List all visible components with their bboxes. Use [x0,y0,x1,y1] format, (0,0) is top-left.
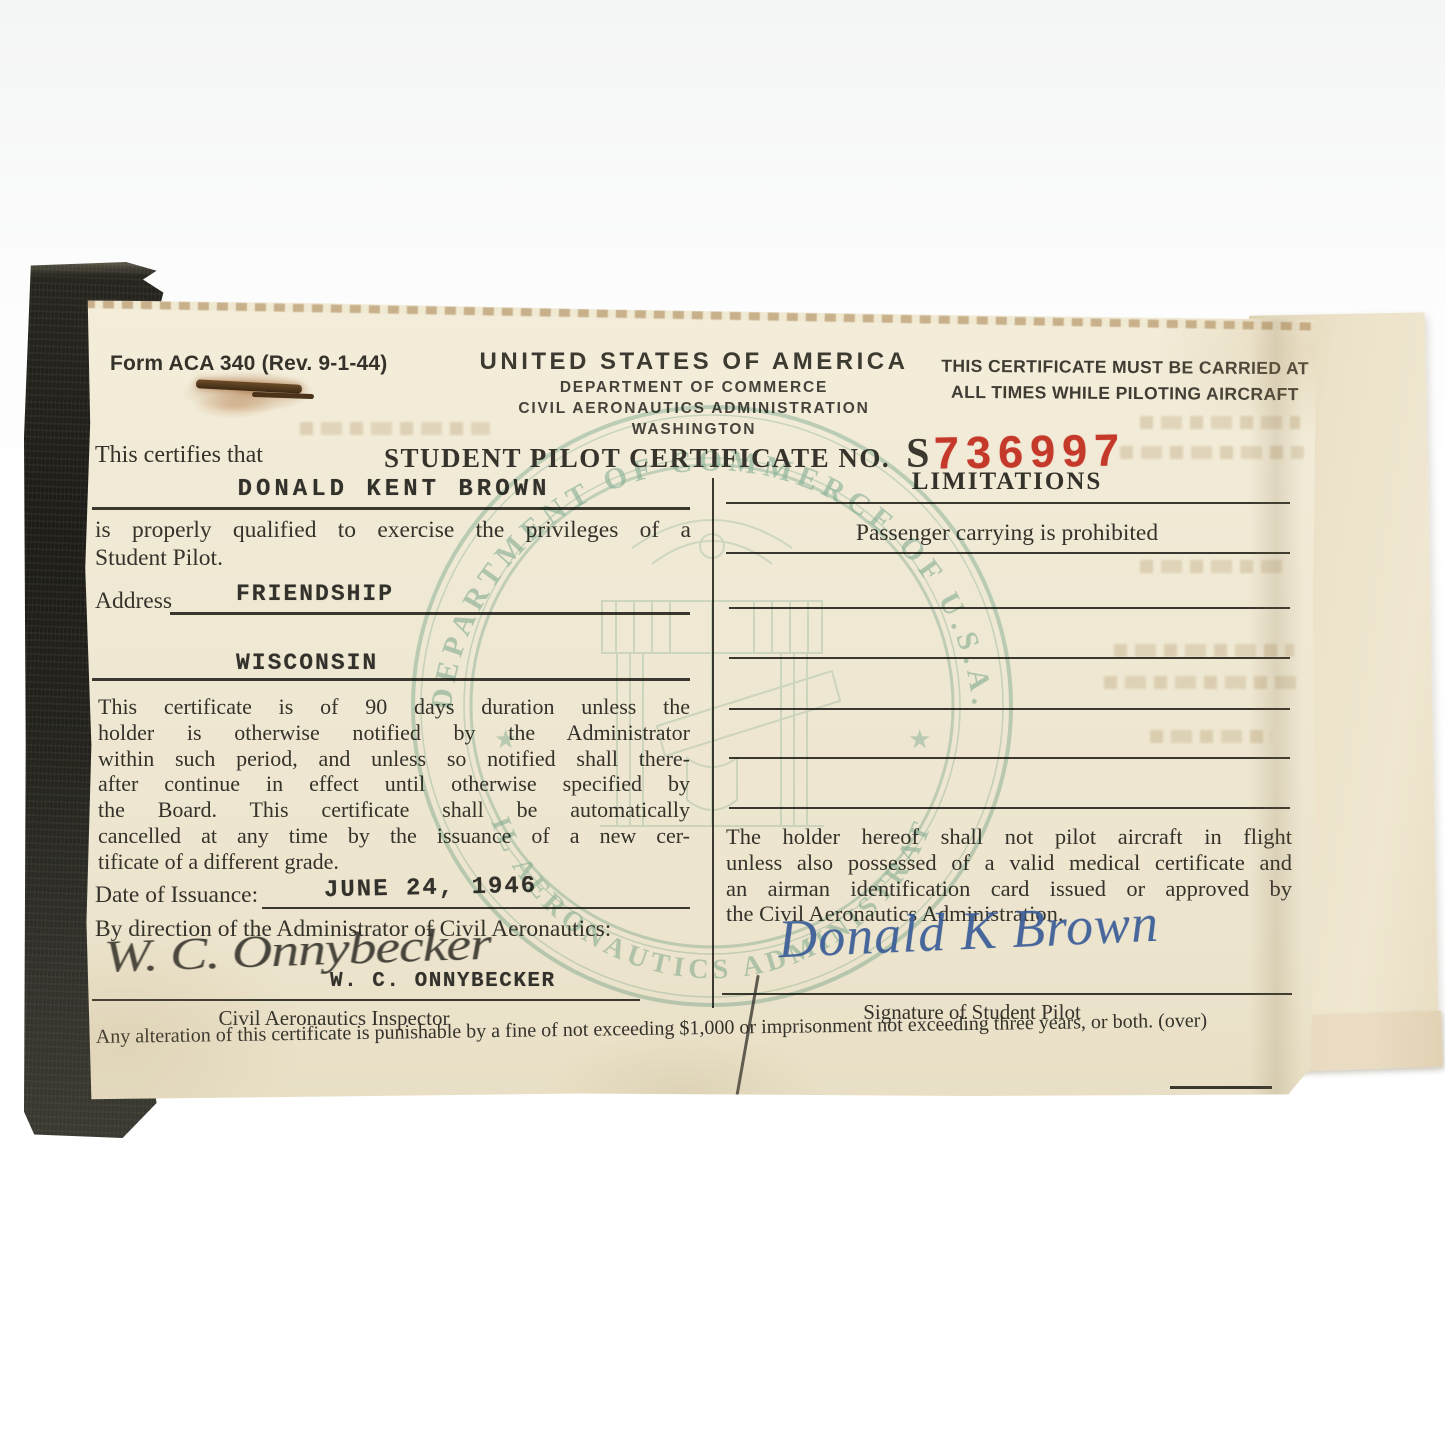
student-pilot-certificate-page: Form ACA 340 (Rev. 9-1-44) UNITED STATES… [84,294,1318,1100]
paragraph-line: is properly qualified to exercise the pr… [95,516,691,544]
blank-line [729,757,1290,759]
rusty-staple [196,379,302,394]
bleed-through-text [1114,644,1294,657]
form-number: Form ACA 340 (Rev. 9-1-44) [110,352,388,376]
certifies-label: This certifies that [95,442,263,469]
paragraph-line: holder is otherwise notified by the Admi… [98,720,690,746]
blank-line [729,708,1290,710]
address-label: Address [95,588,172,615]
state-underline [92,678,690,681]
bleed-through-text [1104,676,1304,689]
paragraph-line: unless also possessed of a valid medical… [726,850,1292,876]
header-administration: CIVIL AERONAUTICS ADMINISTRATION [459,400,929,418]
paragraph-line: This certificate is of 90 days duration … [98,694,690,720]
student-signature-line [722,993,1292,995]
holder-name-typed: DONALD KENT BROWN [144,476,644,503]
certificate-number-row: STUDENT PILOT CERTIFICATE NO. S 736997 [384,426,1126,478]
blank-line [729,657,1290,659]
certificate-number-stamp: 736997 [933,424,1126,479]
duration-paragraph: This certificate is of 90 days duration … [98,694,690,875]
paragraph-line: the Board. This certificate shall be aut… [98,797,690,823]
blank-line [729,607,1290,609]
inspector-signature-line [92,999,640,1001]
limitations-header-line [726,502,1290,504]
paragraph-line: tificate of a different grade. [98,849,690,875]
carry-notice-line2: ALL TIMES WHILE PILOTING AIRCRAFT [929,379,1318,408]
issuance-label: Date of Issuance: [95,882,258,909]
limitation-entry: Passenger carrying is prohibited [724,520,1290,547]
carry-notice: THIS CERTIFICATE MUST BE CARRIED AT ALL … [929,353,1318,408]
qualified-text: is properly qualified to exercise the pr… [95,516,691,572]
name-underline [92,507,690,510]
bleed-through-text [1140,560,1290,573]
inspector-name-typed: W. C. ONNYBECKER [330,970,556,993]
paragraph-line: cancelled at any time by the issuance of… [98,823,690,849]
photo-of-pilot-certificate-booklet: Form ACA 340 (Rev. 9-1-44) UNITED STATES… [0,0,1445,1445]
rusty-staple-prong [252,392,314,399]
blank-line [729,807,1290,809]
address-city-typed: FRIENDSHIP [236,581,394,607]
certificate-title: STUDENT PILOT CERTIFICATE NO. [384,443,890,474]
address-state-typed: WISCONSIN [236,650,378,676]
column-divider-line [712,478,714,1008]
limitation-entry-line [726,552,1290,554]
seal-star-right: ★ [908,725,931,754]
paragraph-line: within such period, and unless so notifi… [98,746,690,772]
certificate-number-prefix: S [906,430,929,478]
header-country: UNITED STATES OF AMERICA [459,348,929,376]
bleed-through-text [1120,446,1304,459]
paragraph-line: after continue in effect until otherwise… [98,771,690,797]
issuance-date-typed: JUNE 24, 1946 [324,873,538,904]
paragraph-line: The holder hereof shall not pilot aircra… [726,824,1292,850]
bottom-short-line [1170,1086,1272,1089]
header-department: DEPARTMENT OF COMMERCE [459,379,929,397]
bleed-through-text [1150,730,1272,743]
carry-notice-line1: THIS CERTIFICATE MUST BE CARRIED AT [929,353,1318,382]
issuance-underline [262,907,690,909]
paragraph-line: Student Pilot. [95,544,691,572]
address-underline [170,612,690,615]
bleed-through-text [1140,416,1300,429]
perforated-top-edge [84,300,1318,331]
